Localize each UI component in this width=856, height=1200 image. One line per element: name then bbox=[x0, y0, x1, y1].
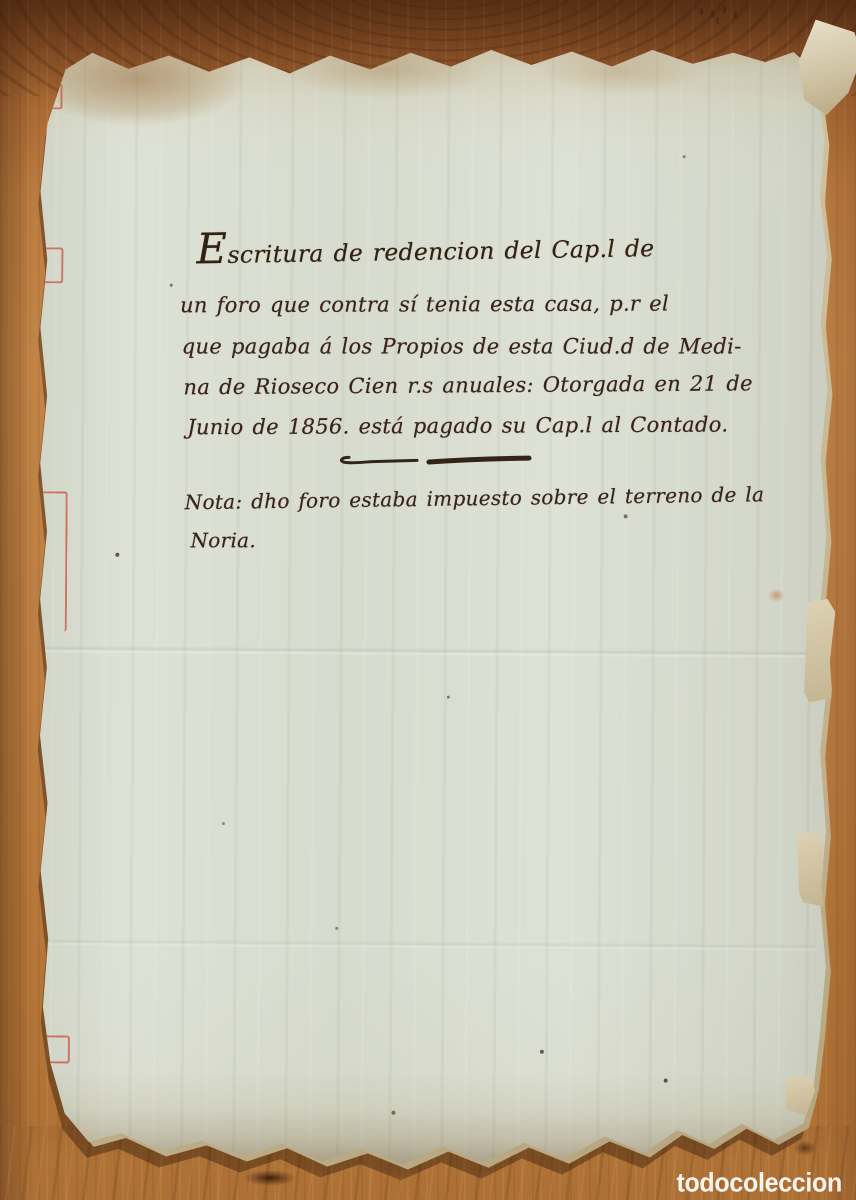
ink-flourish-rule bbox=[333, 449, 541, 468]
manuscript-title-line-5: Junio de 1856. está pagado su Cap.l al C… bbox=[187, 412, 728, 440]
red-binding-stitch bbox=[34, 247, 63, 283]
manuscript-title-line-3: que pagaba á los Propios de esta Ciud.d … bbox=[182, 334, 742, 359]
wood-knot-streak bbox=[244, 1170, 296, 1186]
red-binding-stitch bbox=[37, 1035, 70, 1063]
page-edge-tab bbox=[804, 598, 836, 703]
todocoleccion-watermark: todocoleccion bbox=[676, 1168, 842, 1199]
red-binding-stitch bbox=[33, 83, 62, 109]
manuscript-title-line-1: Escritura de redencion del Cap.l de bbox=[196, 217, 655, 275]
page-edge-tab bbox=[797, 830, 825, 907]
manuscript-note-line-2: Noria. bbox=[190, 528, 256, 552]
horizontal-fold-crease bbox=[44, 645, 818, 658]
manuscript-title-line-4: na de Rioseco Cien r.s anuales: Otorgada… bbox=[183, 371, 752, 400]
horizontal-fold-crease bbox=[42, 938, 816, 951]
manuscript-cover-page: Escritura de redencion del Cap.l de un f… bbox=[24, 33, 838, 1171]
wood-small-marks bbox=[700, 8, 703, 15]
document-paper-stack: Escritura de redencion del Cap.l de un f… bbox=[24, 33, 838, 1175]
manuscript-title-line-2: un foro que contra sí tenia esta casa, p… bbox=[180, 292, 669, 319]
photo-of-manuscript: Escritura de redencion del Cap.l de un f… bbox=[0, 0, 856, 1200]
small-rust-stain bbox=[768, 588, 785, 602]
foxing-specks bbox=[32, 33, 34, 35]
manuscript-note-line-1: Nota: dho foro estaba impuesto sobre el … bbox=[185, 482, 765, 514]
